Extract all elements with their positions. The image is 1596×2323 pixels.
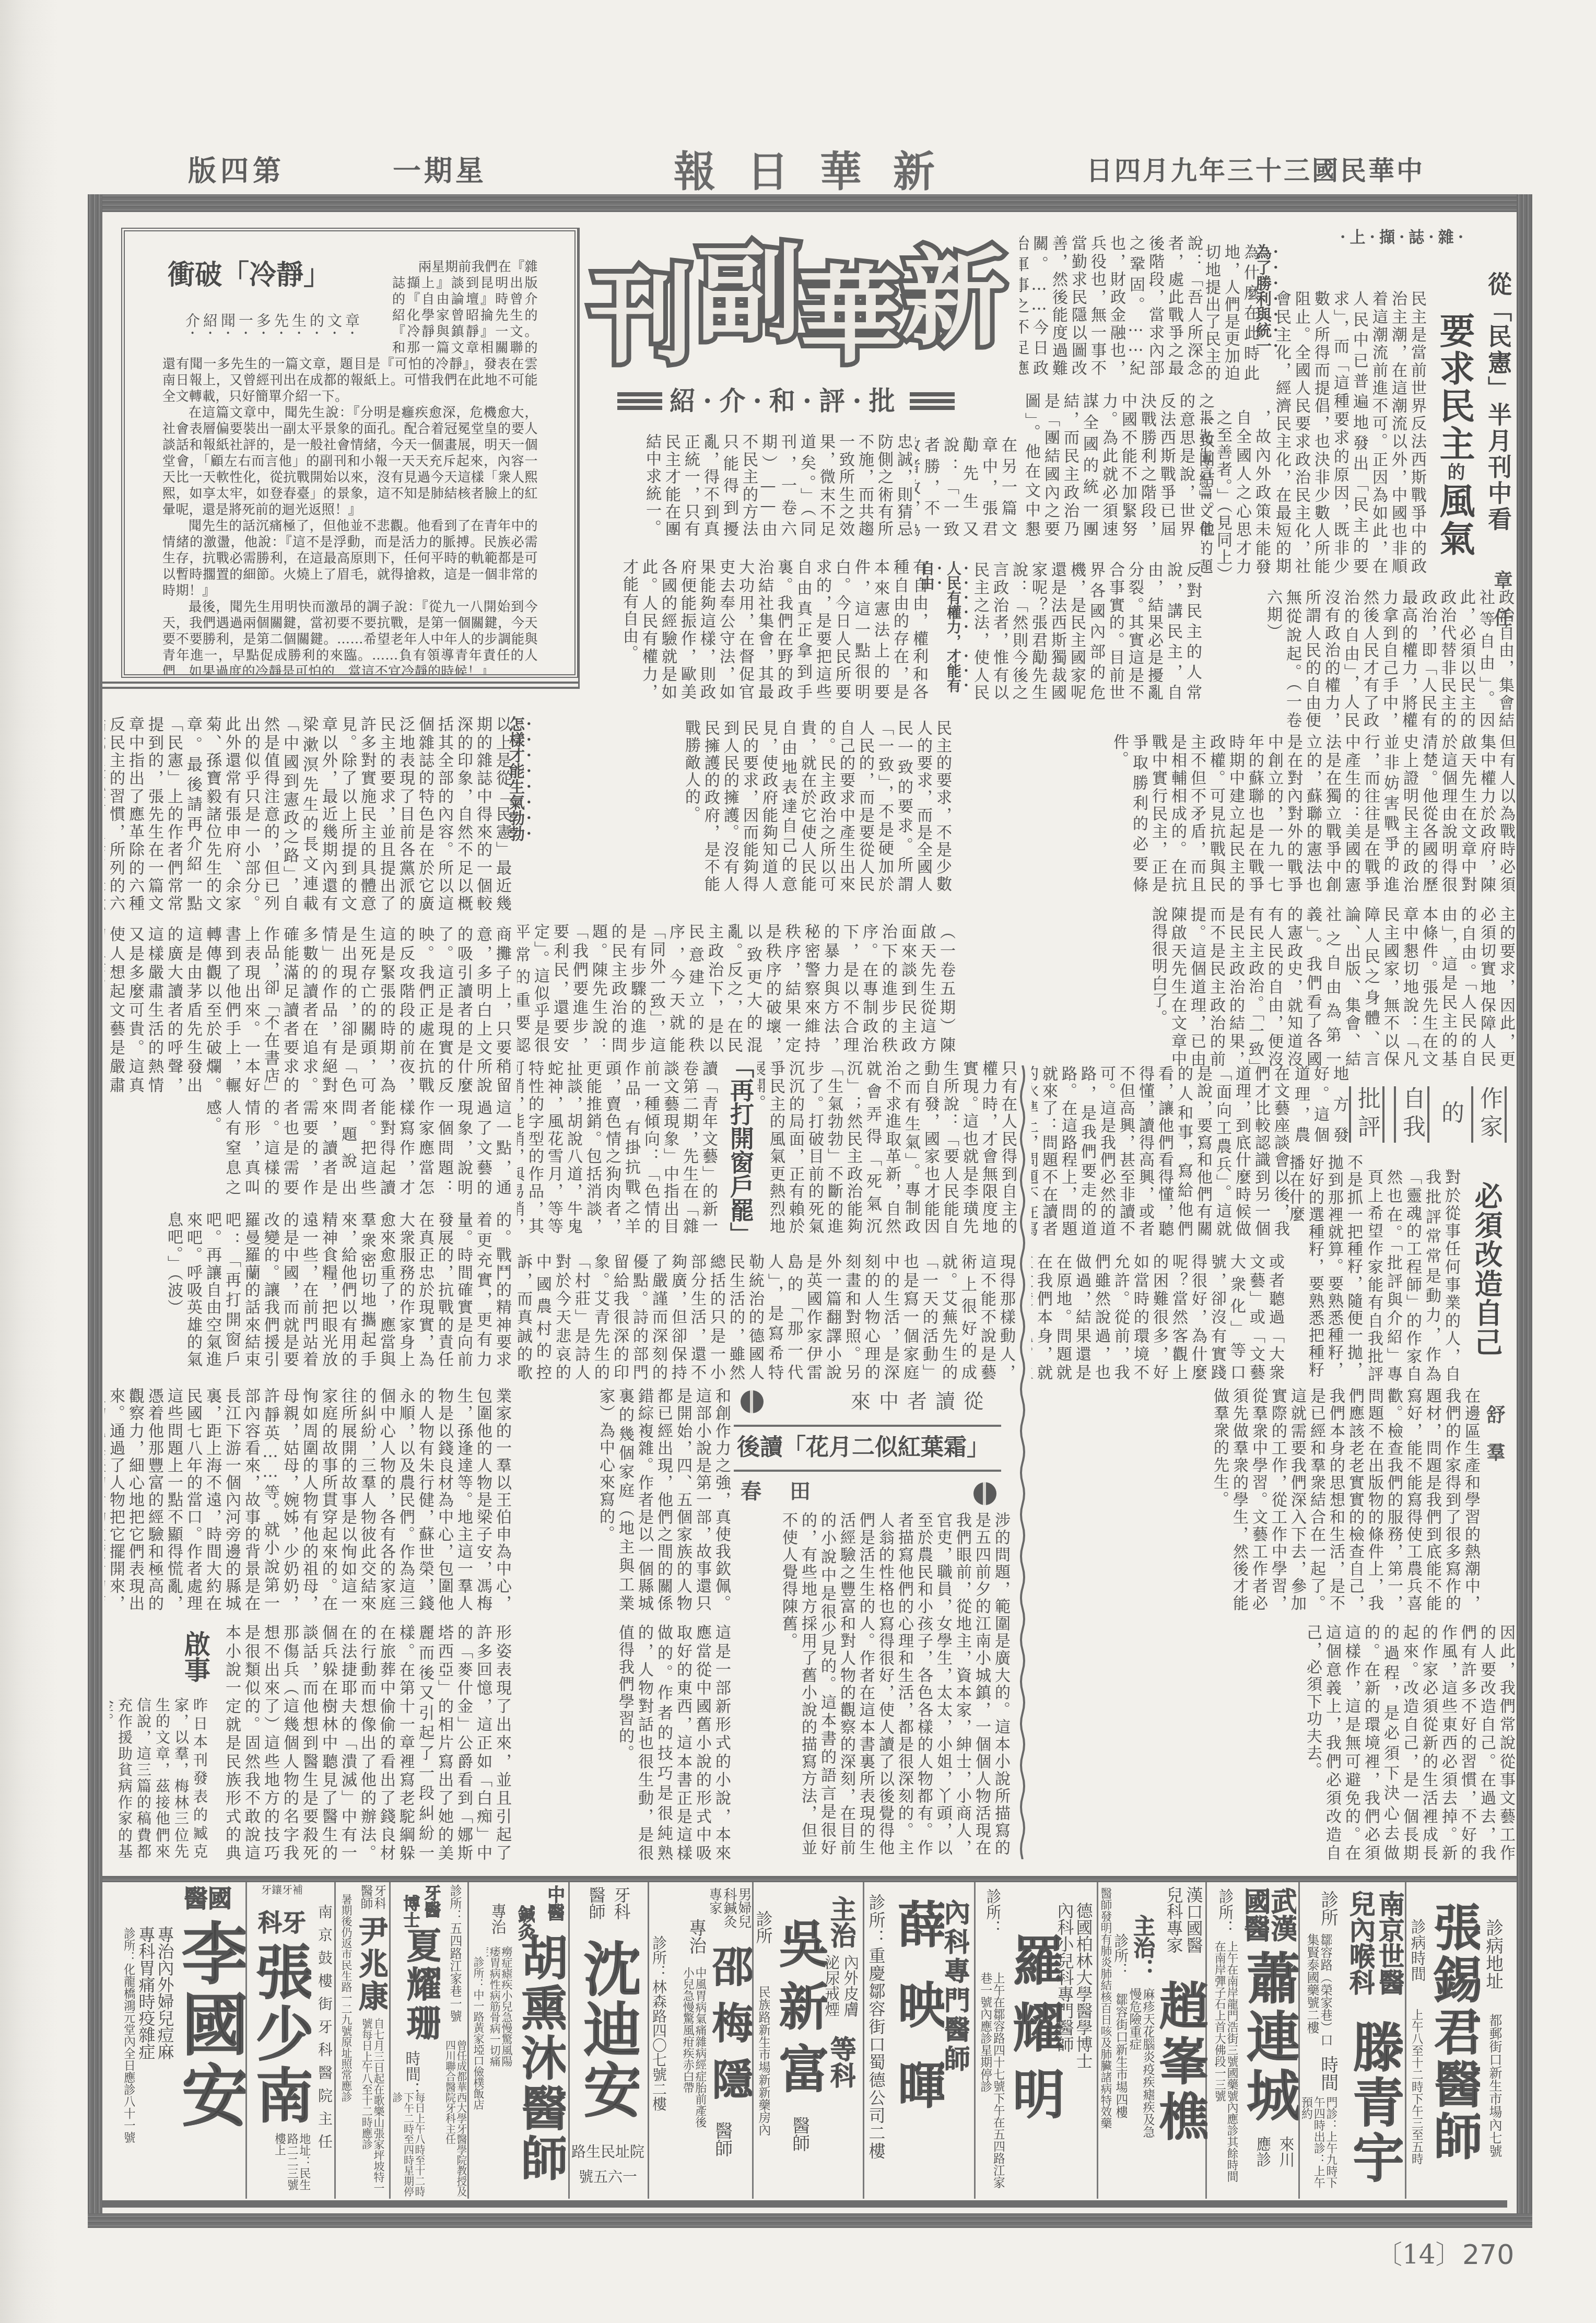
window-text-middle: 這一點，通過了文藝的現象，說明一個問題：作家應當怎樣寫作，才能對得起讀者。把這些… (104, 1099, 512, 1196)
reader-rule-bottom (734, 1470, 1001, 1472)
ad-address-label: 診病地址 (1483, 1919, 1503, 1990)
ad-header-a: 中醫 (545, 1885, 564, 1921)
ad-treatments: 麻疹天花腦炎疫疾瘧疾及急慢危險重症 (1126, 1988, 1154, 2144)
ad-clinic: 鄒容街口新生市場四樓 (1112, 1993, 1127, 2144)
writer-self-criticism-header: 作家 的 自我 批評 (1350, 1084, 1507, 1145)
ad-treat-a: 專治內外婦兒痘麻 (156, 1926, 174, 2060)
reader-text-characters: 涉的問題，範圍是廣大的。這本小說所描寫的是五四前夕的江南小城鎮，一個個人物活現在… (734, 1512, 1011, 1857)
ad-treat-label: 專治 (686, 1919, 706, 1954)
feature-box-right-line (578, 228, 580, 687)
ad-treat-label: 專治 (488, 1903, 505, 1934)
ad-teng-qingyu: 南京世醫 兒內喉科 滕青宇 診所 鄒容路（榮家巷）口集賢泰國藥號二樓 時間 門診… (1298, 1883, 1405, 2199)
triple-bar-ornament-left (617, 392, 662, 410)
reader-text-plot: 業家的一羣以王伯申為中心，包圍他的人物是梁子安，馮梅生，孫逢達等。地主這一羣人物… (104, 1388, 512, 1612)
reader-column-header: 從讀者中來 「霜葉紅似二月花」讀後 田春 (734, 1384, 1011, 1507)
ad-header: 牙科醫師 (357, 1884, 385, 1914)
ad-shen-dian: 牙科 醫師 沈迪安 院址民生路 一六五號 (568, 1883, 648, 2199)
header-group-criticism: 批評 (1349, 1086, 1384, 1143)
ad-wu-xinfu: 主治 內外皮膚 泌尿戒煙 等科 吳新富 醫師 診所 民族路新生市場新新藥房內 (752, 1883, 863, 2199)
ad-header-b: 國醫 (1240, 1887, 1269, 1942)
minxian-text-summary: 以上是從「民憲」最近幾期的雜誌中得來的一個較深的印象，自然不足以概括其全部的內容… (104, 716, 512, 912)
feature-paragraph: 最後，聞先生用明快而激昂的調子說：『從九一八開始到今天，我們遇過兩個關鍵，當初要… (162, 599, 538, 678)
minxian-text-unity: 之一致團結」。他的意思是說，世界反法西斯戰爭已屆決戰勝利之階段，中國不能不加緊努… (1022, 393, 1215, 538)
ad-clinic: 診所：化龍橋鴻元堂內全日應診八十一號 (105, 1927, 135, 2173)
edition-label: 第四版 (188, 157, 285, 185)
ad-clinic: 診所：五四路江家巷一號 (445, 1884, 461, 2036)
ad-clinic: 民族路新生市場新新藥房內 (755, 1986, 770, 2195)
newspaper-title: 新華日報 (674, 150, 966, 192)
ad-xiao-liancheng: 武漢 國醫 蕭連城 來川 應診 診所： 上午在南岸龍門浩街三號國藥號內應診其餘時… (1205, 1883, 1298, 2199)
ad-header-a: 牙科 (612, 1886, 630, 1920)
left-frame-bar (88, 194, 102, 2228)
headline-must-reform-self: 必須改造自己 (1462, 1181, 1501, 1359)
ad-xia-yaoshan: 牙醫 博士 夏耀珊 診所：五四路江家巷一號 時間： 曾任成都華西大學牙醫學院教授… (389, 1883, 467, 2199)
minxian-text-people-unity: 民主的要求，不是少數人的要求，而是全國人民一致的要求。所謂「一致」，不是硬加於人… (535, 720, 952, 893)
bottom-inner-rule (102, 2200, 1507, 2208)
writer-text-workers-peasants: 在文藝座談會以後，我們才比較認識到另一個道理，到底什麼時候做「面向工農兵」。這就… (1031, 1065, 1290, 1238)
ad-doctor-name: 吳新富 (773, 1918, 827, 2111)
box-under-rule-1 (102, 682, 580, 684)
writer-header-groups: 作家 的 自我 批評 (1350, 1084, 1507, 1145)
ad-hours-label: 時間： (403, 2050, 419, 2097)
masthead-char-kan: 刊 (589, 264, 694, 369)
ad-doctor-name: 沈迪安 (576, 1939, 639, 2127)
ad-header: 牙科 (251, 1909, 313, 1936)
notice-box: 啟事 昨日本刊發表的臧克家，以羣，梅林三位先生的文章，茲接他們來信說，這三篇的稿… (104, 1619, 220, 1862)
ad-hours: 門診：上午九時下午四時出診：上午預約 (1300, 2096, 1337, 2196)
ad-treatments: 中風胃病氣痛雜病經症胎前產後小兒急慢驚風疳疾赤白帶 (666, 1967, 706, 2134)
reader-text-new-form: 這是一部新形式的小說，本來應當從中國舊小說的形式中吸取好的東西，這本書正是這樣做… (517, 1624, 731, 1862)
ad-doctor-name: 薛映暉 (890, 1899, 944, 2150)
ad-hours-label: 時間 (1318, 2056, 1337, 2091)
section-from-readers: 從讀者中來 (851, 1391, 992, 1411)
minxian-text-order: （一卷五期）陳啟天先生從這方面來談到民主政治下的進步的秩序。在專制政治下，是以不… (517, 923, 956, 1054)
minxian-text-policy: ，故內外政策未能發自全國人之心思才力之至善者。」（見同上）張先生這篇文章的題目是… (1201, 409, 1271, 576)
minxian-text-political-freedom: 政治自由，集會結社等自由」。因此，必須以民主的政治代替非民主的政治，即「人民有最… (1201, 589, 1515, 729)
ad-address-b: 一六五號 (568, 2169, 648, 2186)
ad-doctor-name: 邵梅隱 (706, 1945, 752, 2117)
ad-header-b: 博士 (402, 1895, 420, 1928)
ad-header-a: 漢口國醫 (1184, 1886, 1203, 1953)
ad-clinic-label: 診所： (1216, 1888, 1233, 1935)
ad-address: 地址：民生路二二三號樓上 (266, 2133, 310, 2193)
ad-doctor-name: 尹兆康 (354, 1916, 388, 2015)
subhead-power-freedom: 人民有權力，才能有自由 (932, 561, 970, 703)
reader-text-technique: 形姿表現了出來，並且引起了許多回憶，這正如「白痴」中的「麥什金」公爵看到「娜斯塔… (224, 1624, 512, 1862)
notice-title: 啟事 (183, 1630, 214, 1693)
ad-medicine-note: 醫師發明有肺炎肺結核百日咳及肺臟諸病特效藥 (1098, 1887, 1111, 2196)
header-group-self: 自我 (1394, 1086, 1429, 1143)
ad-treat-suffix: 等科 (827, 2036, 855, 2088)
ad-clinic-label: 診所： (983, 1888, 1000, 1935)
ad-clinic: 診所：中一路黃家埡口儉樸飯店 (468, 1956, 484, 2129)
masthead-char-fu: 副 (697, 241, 801, 346)
ad-shao-meiyin: 男婦兒科鍼灸專家 邵梅隱 醫師 專治 中風胃病氣痛雜病經症胎前產後小兒急慢驚風疳… (648, 1883, 752, 2199)
wavy-column-divider (1017, 1065, 1028, 1859)
feature-subtitle: 介紹聞一多先生的文章 (185, 310, 392, 338)
ad-doctor-name: 張錫君醫師 (1426, 1902, 1480, 2195)
headline-main-part-b: 風氣 (1434, 483, 1475, 558)
minxian-text-opposition: 反對民主的人常說，講民主，自由，結果必是擾亂分裂。其實這是不合事實的。目前世界各… (971, 561, 1202, 701)
headline-demand-democracy: 要求民主的風氣 (1430, 312, 1473, 584)
window-text-poetry: 現得那樣動人，這不能不說是藝術上很好的成就。艾蕪先生的「一天的活動」也是寫一個家… (517, 1253, 1016, 1381)
ad-header-b: 兒科專家 (1165, 1886, 1183, 1953)
ad-note-b: 應診 (1253, 2136, 1270, 2167)
reader-rule-top (734, 1425, 1001, 1427)
writer-text-slogans: 或者聽過「大衆文藝」或「文藝大衆化」等口號，卻沒有實踐得很好，為什麼呢？當然客觀… (1031, 1253, 1285, 1381)
header-group-particle: 的 (1439, 1100, 1462, 1129)
ad-hours: 每日上午八時至十二時下午二時至四時星期停診 (389, 2092, 425, 2197)
box-under-rule-2 (102, 687, 580, 689)
ad-clinic: 診所：重慶鄒容街口蜀德公司二樓 (867, 1894, 885, 2160)
half-circle-icon (741, 1390, 764, 1413)
ad-doctor-name: 胡熏沐醫師 (513, 1933, 566, 2195)
ad-luo-yaoming: 德國柏林大學醫學博士 內科小兒科專門醫師 羅耀明 診所： 上午在鄒容路四十七號下… (974, 1883, 1097, 2199)
writer-text-intro: 對於從事任何事業的人，自我批評常常是動力，作為「靈魂的工程師」的作家自然也在。「… (1364, 1169, 1461, 1383)
ad-address-a: 院址民生路 (568, 2144, 648, 2161)
masthead-char-hua: 華 (798, 264, 902, 369)
ad-header: 男婦兒科鍼灸專家 (710, 1887, 751, 1938)
weekday-label: 星期一 (393, 157, 487, 185)
minxian-text-why-now: 為什麼在此時此地，人們是更加迫切地提出了民主的要求了張君勱先生 (1201, 244, 1260, 382)
masthead-subtitle-row: 批·評·和·介·紹 (617, 386, 1030, 416)
ad-address: 都郵街口新生市場內七號 (1486, 2014, 1502, 2191)
notice-text: 昨日本刊發表的臧克家，以羣，梅林三位先生的文章，茲接他們來信說，這三篇的稿費都充… (110, 1697, 209, 1859)
ad-header-a: 牙醫 (423, 1884, 441, 1918)
archive-page-number: 270 (1462, 2242, 1514, 2269)
ad-header-a: 武漢 (1267, 1887, 1296, 1942)
byline-tian-chun: 田春 (741, 1481, 839, 1502)
headline-from-minxian: 從「民憲」半月刊中看 (1481, 272, 1510, 543)
ad-clinic: 鄒容路（榮家巷）口集賢泰國藥號二樓 (1301, 1933, 1332, 2054)
reader-review-title: 「霜葉紅似二月花」讀後 (737, 1436, 990, 1459)
scan-margin-shadow (0, 0, 57, 2323)
writer-text-examine-self: 在邊區生產和學習的熱潮中，我們的作家得到了很多寫作的題材，問題是我們到底能不能寫… (1031, 1388, 1481, 1612)
feature-paragraph: 聞先生的話沉痛極了，但他並不悲觀。他看到了在青年中的情緒的激盪，他說：『這不是浮… (162, 518, 538, 599)
ad-doctor-name: 李國安 (174, 1919, 245, 2138)
feature-paragraph: 在這篇文章中，聞先生說：『分明是癰疾愈深，危機愈大，社會表層偏要裝出一副太平景象… (162, 404, 538, 518)
ad-treat-a: 內外皮膚 (841, 1954, 858, 2017)
writer-text-seeds: 不是抓一把種籽，隨便一拋，拋到那裡就算。要熟悉種籽，好好的選種籽，要熟悉把種籽播… (1290, 1154, 1363, 1379)
writer-text-farmers: 地方發好。這個道理，農民都懂得很清楚。 (1293, 1065, 1349, 1144)
ad-note-b: 暑期後仍返市民生路一二九號原址照常應診 (337, 1894, 352, 2197)
issue-date: 中華民國三十三年九月四日 (1086, 158, 1425, 184)
ad-zhang-shaonan: 補牙鑲牙 牙科 張少南 南京鼓樓街牙科醫院主任 地址：民生路二二三號樓上 (245, 1883, 334, 2199)
feature-box-heading: 衝破「冷靜」 介紹聞一多先生的文章 (162, 259, 392, 342)
ad-bio: 曾任成都華西大學牙醫學院教授及四川聯合醫院牙科主任 (430, 2040, 466, 2197)
ad-clinic-label: 診所 (1318, 1891, 1337, 1926)
right-frame-bar (1517, 194, 1532, 2228)
window-text-readers: 商攤子上，只要稍留意，多明白上文所說的吸引讀者的是什麼了。這正是現實的反映。我們… (104, 926, 512, 1094)
ad-doctor-name: 蕭連城 (1239, 1950, 1298, 2133)
ad-li-guoan: 國醫 李國安 專治內外婦兒痘麻 專科胃痛時疫雜症 診所：化龍橋鴻元堂內全日應診八… (102, 1883, 245, 2199)
ad-doctor-name: 張少南 (248, 1942, 311, 2130)
bottom-frame-rule (88, 2213, 1532, 2228)
ad-zhao-fengqiao: 漢口國醫 兒科專家 趙峯樵 主治： 麻疹天花腦炎疫疾瘧疾及急慢危險重症 診所： … (1097, 1883, 1205, 2199)
ad-clinic-label: 診所： (1112, 1933, 1128, 1977)
ad-clinic: 診所：林森路四〇七號二樓 (649, 1935, 666, 2165)
ad-doctor-name: 滕青宇 (1344, 2020, 1403, 2198)
triple-bar-ornament-right (910, 392, 955, 410)
half-circle-icon (973, 1482, 996, 1505)
top-frame-rule (88, 194, 1532, 212)
ad-doctor-name: 趙峯樵 (1153, 1980, 1207, 2152)
ad-header-a: 德國柏林大學醫學博士 (1074, 1902, 1093, 2069)
ad-treat-label: 主治： (1131, 1915, 1155, 1980)
minxian-text-freedom-guarantee: 主的要求，因此，更必須切實地保障人民的自由。「人民的自由」，這是民主的基本條件。… (958, 906, 1516, 1068)
ad-clinic-label: 診所 (754, 1910, 772, 1944)
vigor-text-conclusion: 只有在人民得到自主的權力時，才會無限度地實現。這也就是李璜先生所說：「要人民能自… (757, 1060, 1017, 1235)
feature-box-chongpo-lengjing: 衝破「冷靜」 介紹聞一多先生的文章 兩星期前我們在『雜誌擷上』談到昆明出版的『自… (121, 228, 578, 678)
ad-header: 內科專門醫師 (941, 1899, 969, 2074)
minxian-text-wartime-power: 但有人以為戰時必須集中權力於政府，陳啟天先生在文章中對於這個理由說明得很清楚。他… (956, 734, 1516, 894)
ad-title: 醫師 (790, 2116, 809, 2152)
minxian-text-opening: 民主是當前世界反法西斯戰爭中的政治主潮，在這潮流以外，中國也非順着這潮流前進不可… (1274, 290, 1427, 575)
ad-xue-yinghui: 內科專門醫師 薛映暉 診所：重慶鄒容街口蜀德公司二樓 (863, 1883, 974, 2199)
ad-header: 國醫 (175, 1885, 240, 1912)
ad-doctor-name: 羅耀明 (1005, 1933, 1063, 2142)
ads-top-rule (102, 1876, 1517, 1882)
ad-header-b: 醫師 (587, 1886, 605, 1920)
headline-main-small: 的 (1444, 463, 1465, 483)
ad-hours: 上午八至十二時下午三至五時 (1408, 2009, 1423, 2194)
ad-clinic: 上午在南岸龍門浩街三號國藥號內應診其餘時間在南岸彈子石上首大佛段一三號 (1205, 1941, 1238, 2191)
ad-treat-label: 主治 (827, 1896, 855, 1948)
ad-clinic: 上午在鄒容路四十七號下午在五四路江家巷一號內應診星期停診 (974, 1972, 1004, 2197)
minxian-text-zhang-quote: 說：「吾人所深念者，處此戰爭之最後階段，當求內部之鞏固。……紀也，財政金融也，兵… (1019, 235, 1203, 377)
ad-hours-label: 診病時間 (1408, 1919, 1425, 1981)
feature-title: 衝破「冷靜」 (168, 262, 392, 289)
ad-treat-b: 專科胃痛時疫雜症 (137, 1926, 155, 2060)
minxian-text-freedom: 有自由，權利和各種自由的存在，是本來憲法上的要件，這一點很明白。今日人民所要求的… (581, 559, 929, 701)
archive-bracket-number: 〔14〕 (1376, 2242, 1462, 2268)
ad-note-a: 自七月三日起在歌樂山張家坪坡特一號每日上午八至十二時應診 (358, 2018, 384, 2196)
ad-treatments: 癆症瘧疾小兒急慢驚風陽痿胃病性病筋骨病一切痛症 (486, 1946, 512, 2076)
masthead-subtitle: 批·評·和·介·紹 (670, 388, 902, 414)
window-text-ending: 的。戰鬥的精神要求着更充實，更有力量。時間確實是向前發展的，抗戰的責任在真正忠於… (104, 1212, 512, 1368)
header-group-writer: 作家 (1471, 1086, 1507, 1143)
subhead-victory-unity: 為了勝利與統一 (1262, 244, 1281, 390)
ad-hu-xunmu: 中醫 鍼灸 胡熏沐醫師 專治 癆症瘧疾小兒急慢驚風陽痿胃病性病筋骨病一切痛症 診… (467, 1883, 568, 2199)
minxian-text-under-masthead: 忠誠，則猜忌防側之術有所不施，而共趨一致所生之效果，微末不足道矣。」（同刊，一卷… (581, 433, 913, 538)
headline-main-part-a: 要求民主 (1434, 312, 1475, 463)
ad-note-a: 來川 (1276, 2136, 1293, 2167)
section-tag-magazine-digest: ·雜·誌·擷·上· (1340, 230, 1468, 245)
ad-top-service: 補牙鑲牙 (251, 1884, 313, 1896)
byline-shu-qun: 舒 羣 (1487, 1405, 1508, 1478)
ad-yin-zhaokang: 牙科醫師 尹兆康 自七月三日起在歌樂山張家坪坡特一號每日上午八至十二時應診 暑期… (334, 1883, 389, 2199)
writer-text-reform: 因此，我們常說從事文藝工作的人要改造自己。在過去，我們有許多不好的習慣，不好的作… (1031, 1624, 1516, 1862)
minxian-text-another-article: 在另一篇文章中，張君勱先生又說：「一致者勝，不一致者敗，為人所同羨，為人所同惡，… (915, 437, 1017, 538)
subhead-vigor: 怎樣才能生氣勃勃 (514, 716, 534, 894)
ad-title: 醫師 (712, 2121, 732, 2157)
ad-zhang-xijun: 診病地址 都郵街口新生市場內七號 張錫君醫師 診病時間 上午八至十二時下午三至五… (1405, 1883, 1516, 2199)
window-text-opening: 讀「青年文藝」的新一卷第二期，先生在「雜談文藝現象」中指出目前一種傾向：「色情的… (517, 1060, 718, 1235)
ad-doctor-name: 夏耀珊 (401, 1927, 440, 2047)
masthead-char-xin: 新 (901, 247, 1006, 351)
headline-open-window: 「再打開窗戶罷」 (722, 1054, 753, 1252)
ad-bio: 南京鼓樓街牙科醫院主任 (313, 1904, 332, 2186)
ad-header-a: 南京世醫 (1376, 1891, 1404, 1995)
reader-text-creativity: 和創作力之強，真使我欽佩。這部小說是第一部，故事還只是開始，四、五個家族的人物都… (517, 1388, 731, 1612)
ad-header-b: 兒內喉科 (1346, 1891, 1375, 1995)
